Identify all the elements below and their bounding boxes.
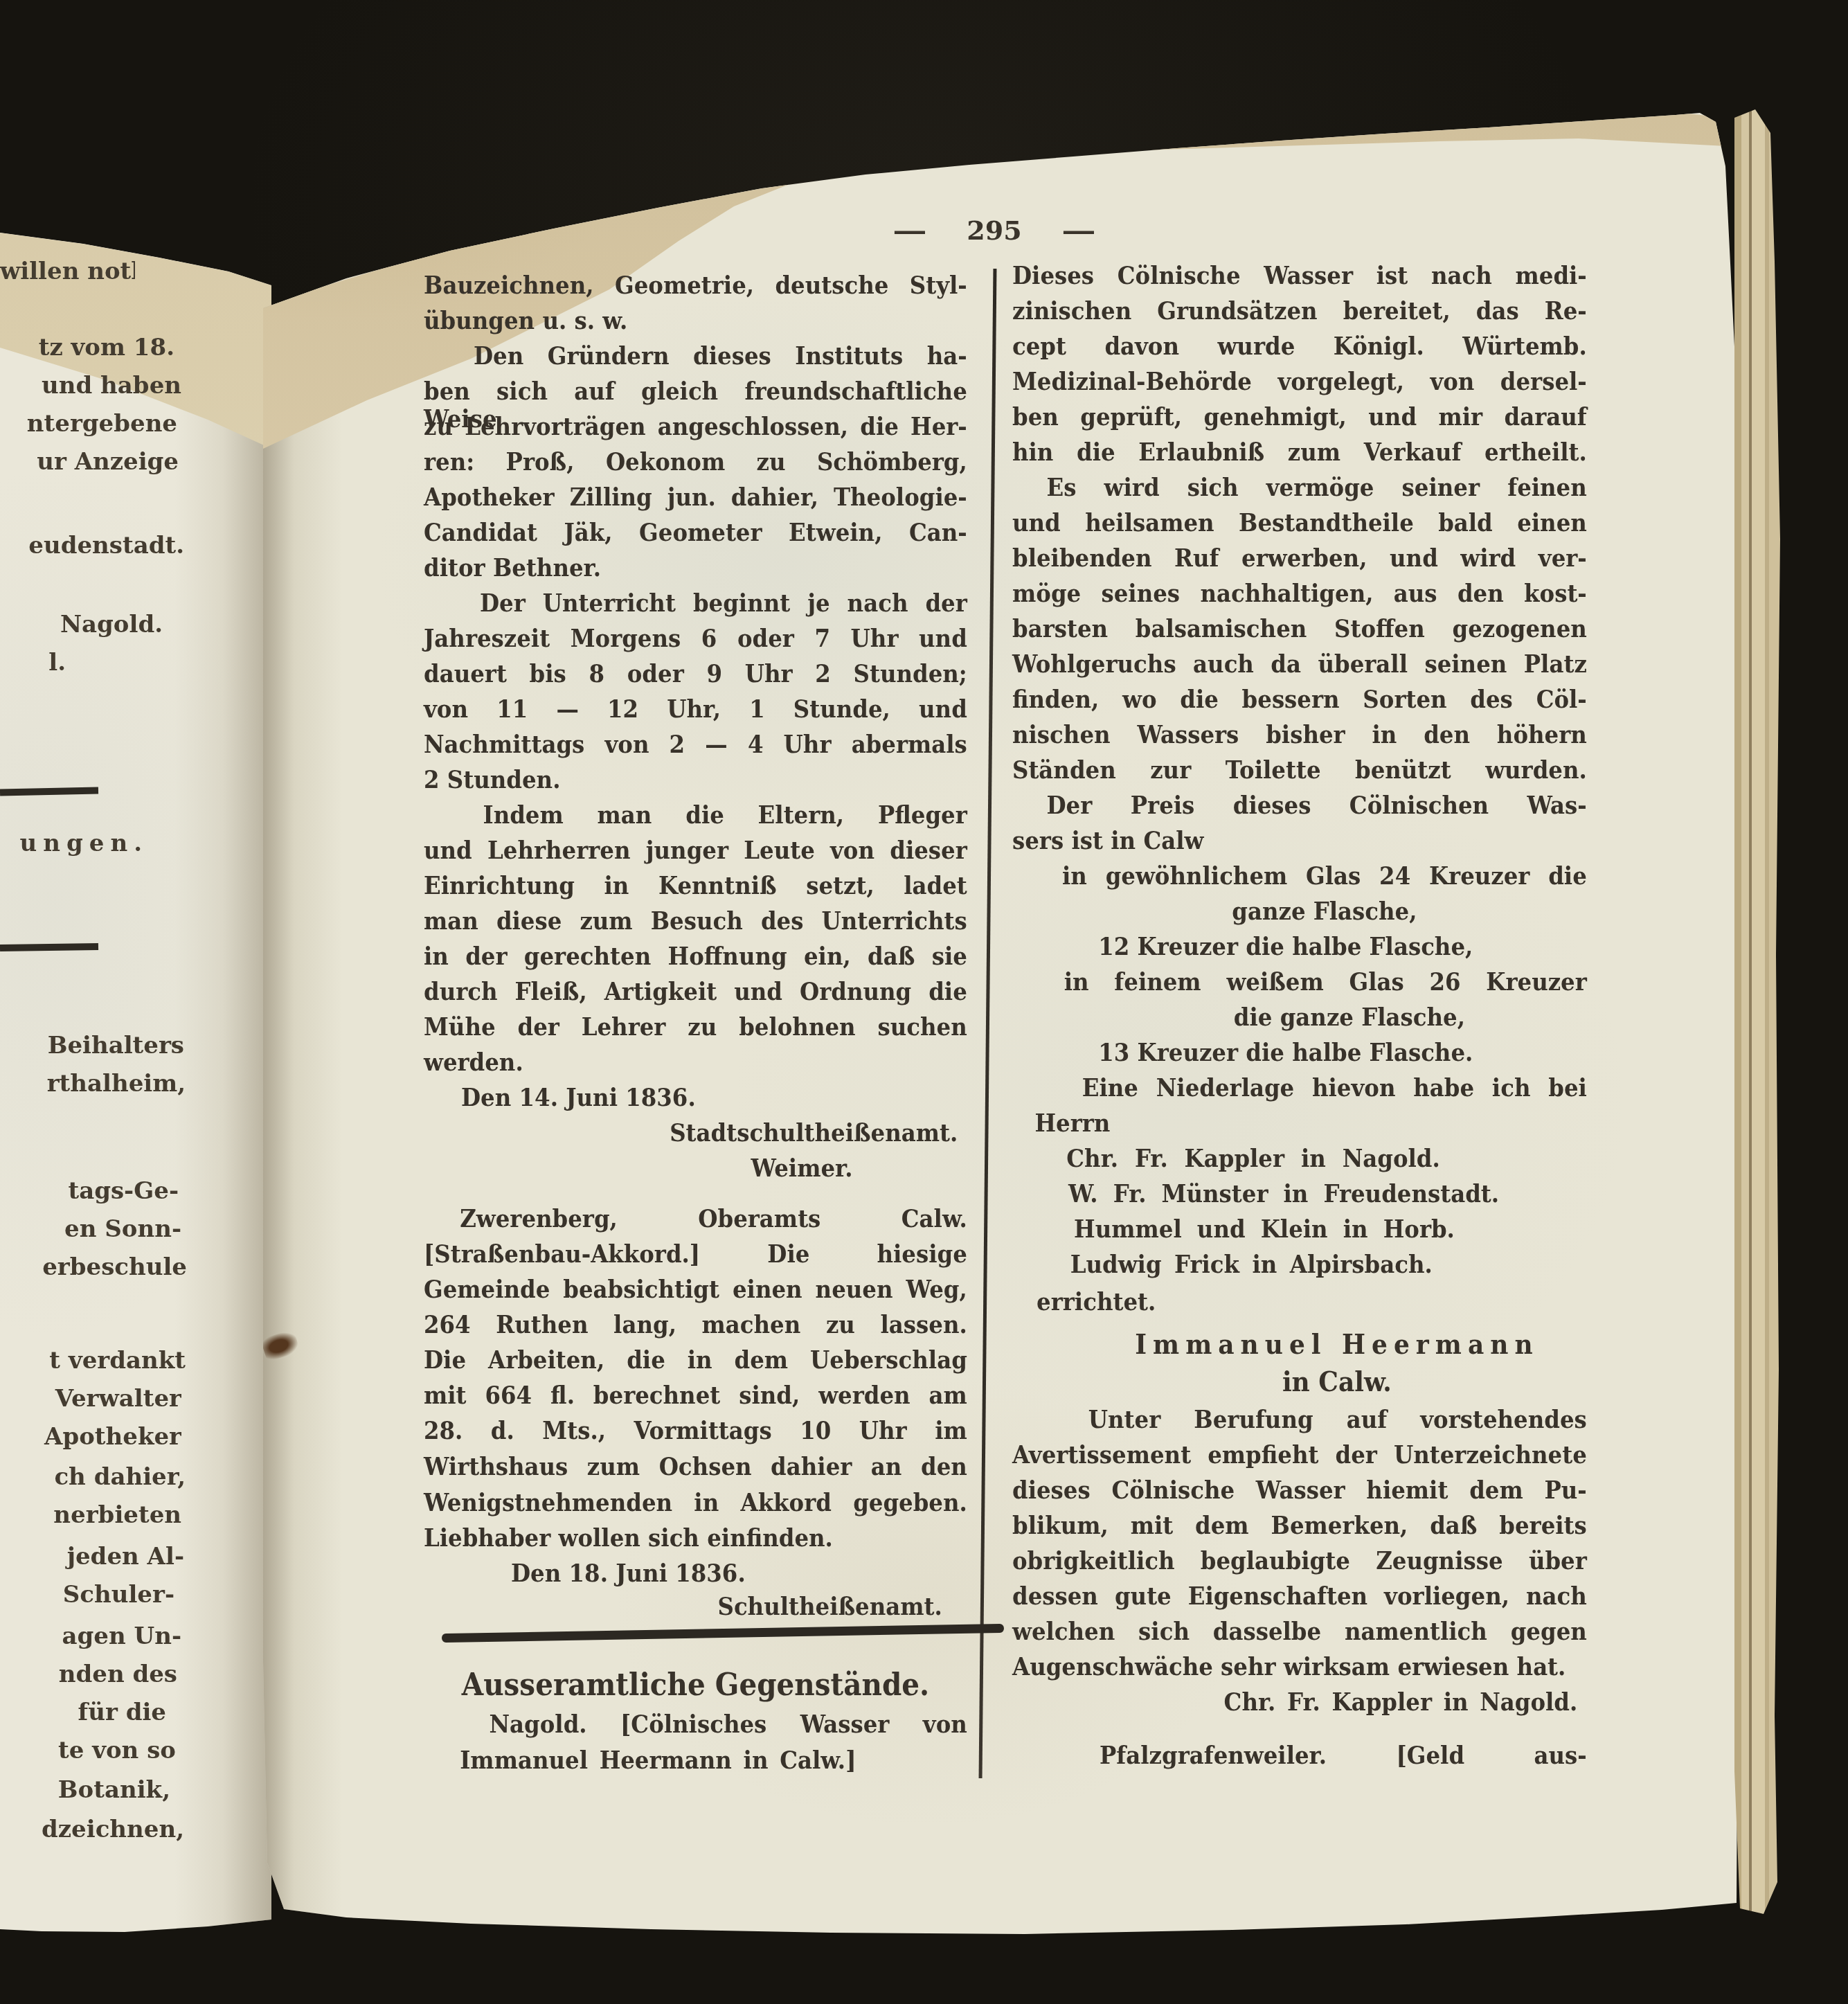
text-line: eudenstadt. — [0, 532, 184, 560]
ink-stain — [260, 1329, 300, 1362]
text-line: ungen. — [0, 830, 148, 857]
text-line: Botanik, — [0, 1776, 170, 1804]
text-line: Gemeinde beabsichtigt einen neuen Weg, — [424, 1276, 967, 1303]
text-line: hin die Erlaubniß zum Verkauf ertheilt. — [1012, 438, 1587, 466]
text-line: 13 Kreuzer die halbe Flasche. — [1012, 1039, 1587, 1066]
text-line: blikum, mit dem Bemerken, daß bereits — [1012, 1512, 1587, 1539]
text-line: sers ist in Calw — [1012, 827, 1587, 855]
text-line: Augenschwäche sehr wirksam erwiesen hat. — [1012, 1653, 1587, 1681]
text-line: 2 Stunden. — [424, 766, 967, 794]
page-fore-edges — [1734, 109, 1783, 1920]
text-line: tags-Ge- — [0, 1177, 179, 1205]
text-line: für die — [0, 1699, 166, 1726]
text-line: Unter Berufung auf vorstehendes — [1012, 1406, 1587, 1433]
text-line: und haben — [0, 372, 181, 400]
text-line: und Lehrherren junger Leute von dieser — [424, 837, 967, 864]
text-line: Nagold. — [0, 611, 163, 638]
text-line: ditor Bethner. — [424, 554, 967, 582]
text-line: Avertissement empfieht der Unterzeichnet… — [1012, 1441, 1587, 1469]
text-line: Es wird sich vermöge seiner feinen — [1012, 474, 1587, 501]
text-line: en Sonn- — [0, 1215, 181, 1243]
text-line: l. — [0, 649, 66, 677]
text-line: dauert bis 8 oder 9 Uhr 2 Stunden; — [424, 660, 967, 688]
text-line: Herrn — [1012, 1109, 1587, 1137]
text-line: finden, wo die bessern Sorten des Cöl- — [1012, 686, 1587, 713]
text-line: Ausseramtliche Gegenstände. — [424, 1667, 967, 1702]
text-line: in der gerechten Hoffnung ein, daß sie — [424, 942, 967, 970]
text-line: Wenigstnehmenden in Akkord gegeben. — [424, 1489, 967, 1517]
text-line: in gewöhnlichem Glas 24 Kreuzer die — [1012, 862, 1587, 890]
text-line: [Straßenbau-Akkord.] Die hiesige — [424, 1240, 967, 1268]
text-line: agen Un- — [0, 1622, 181, 1650]
text-line: Dieses Cölnische Wasser ist nach medi- — [1012, 262, 1587, 289]
text-line: ren: Proß, Oekonom zu Schömberg, — [424, 448, 967, 476]
text-line: nerbieten — [0, 1501, 181, 1529]
text-line: Den 18. Juni 1836. — [424, 1559, 967, 1587]
text-line: Immanuel Heermann in Calw.] — [424, 1746, 967, 1774]
text-line: te von so — [0, 1737, 176, 1764]
previous-page-edge: willen noth-tz vom 18.und habenntergeben… — [0, 0, 271, 2004]
text-line: Wirthshaus zum Ochsen dahier an den — [424, 1453, 967, 1480]
text-line: Apotheker Zilling jun. dahier, Theologie… — [424, 483, 967, 511]
text-line: Der Preis dieses Cölnischen Was- — [1012, 791, 1587, 819]
text-line: von 11 — 12 Uhr, 1 Stunde, und — [424, 695, 967, 723]
text-line: t verdankt — [0, 1347, 186, 1375]
text-line: Die Arbeiten, die in dem Ueberschlag — [424, 1346, 967, 1374]
text-line: jeden Al- — [0, 1543, 184, 1571]
text-line: Medizinal-Behörde vorgelegt, von dersel- — [1012, 368, 1587, 395]
right-text-column: Dieses Cölnische Wasser ist nach medi-zi… — [1012, 0, 1587, 2004]
text-line: Hummel und Klein in Horb. — [1012, 1215, 1587, 1243]
text-line: nden des — [0, 1661, 177, 1688]
text-line: cept davon wurde Königl. Würtemb. — [1012, 332, 1587, 360]
text-line: Immanuel Heermann — [1012, 1330, 1587, 1361]
text-line: Der Unterricht beginnt je nach der — [424, 589, 967, 617]
text-line: zinischen Grundsätzen bereitet, das Re- — [1012, 297, 1587, 325]
text-line: Jahreszeit Morgens 6 oder 7 Uhr und — [424, 625, 967, 652]
text-line: 28. d. Mts., Vormittags 10 Uhr im — [424, 1417, 967, 1444]
text-line: Den 14. Juni 1836. — [424, 1084, 967, 1111]
text-line: Mühe der Lehrer zu belohnen suchen — [424, 1013, 967, 1041]
text-line: Chr. Fr. Kappler in Nagold. — [1012, 1145, 1587, 1172]
text-line: ganze Flasche, — [1012, 897, 1587, 925]
text-line: ben geprüft, genehmigt, und mir darauf — [1012, 403, 1587, 431]
previous-page-text-fragments: willen noth-tz vom 18.und habenntergeben… — [0, 0, 271, 2004]
text-line: Weimer. — [424, 1154, 967, 1182]
text-line: und heilsamen Bestandtheile bald einen — [1012, 509, 1587, 537]
text-line: Ludwig Frick in Alpirsbach. — [1012, 1251, 1587, 1278]
text-line: Nachmittags von 2 — 4 Uhr abermals — [424, 731, 967, 758]
newspaper-page: — 295 — Bauzeichnen, Geometrie, deutsche… — [263, 0, 1741, 2004]
text-line: mit 664 fl. berechnet sind, werden am — [424, 1381, 967, 1409]
text-line: Liebhaber wollen sich einfinden. — [424, 1524, 967, 1552]
text-line: nischen Wassers bisher in den höhern — [1012, 721, 1587, 749]
text-line: bleibenden Ruf erwerben, und wird ver- — [1012, 544, 1587, 572]
text-line: erbeschule — [0, 1253, 187, 1281]
scanner-background: willen noth-tz vom 18.und habenntergeben… — [0, 0, 1848, 2004]
text-line: möge seines nachhaltigen, aus den kost- — [1012, 580, 1587, 607]
text-line: dzeichnen, — [0, 1816, 184, 1843]
text-line: ur Anzeige — [0, 448, 179, 476]
text-line: barsten balsamischen Stoffen gezogenen — [1012, 615, 1587, 643]
text-line: zu Lehrvorträgen angeschlossen, die Her- — [424, 413, 967, 440]
text-line: die ganze Flasche, — [1012, 1003, 1587, 1031]
text-line: Schuler- — [0, 1581, 174, 1609]
text-line: welchen sich dasselbe namentlich gegen — [1012, 1618, 1587, 1645]
text-line: man diese zum Besuch des Unterrichts — [424, 907, 967, 935]
text-line: 12 Kreuzer die halbe Flasche, — [1012, 933, 1587, 960]
text-line: Chr. Fr. Kappler in Nagold. — [1012, 1688, 1587, 1716]
text-line: Zwerenberg, Oberamts Calw. — [424, 1205, 967, 1233]
text-line: Beihalters — [0, 1032, 184, 1059]
text-line: Apotheker — [0, 1423, 181, 1451]
text-line: rthalheim, — [0, 1070, 186, 1098]
text-line: W. Fr. Münster in Freudenstadt. — [1012, 1180, 1587, 1208]
text-line: Eine Niederlage hievon habe ich bei — [1012, 1074, 1587, 1102]
text-line: Einrichtung in Kenntniß setzt, ladet — [424, 872, 967, 900]
text-line: Nagold. [Cölnisches Wasser von — [424, 1710, 967, 1738]
text-line: ch dahier, — [0, 1463, 186, 1491]
left-text-column: Bauzeichnen, Geometrie, deutsche Styl-üb… — [424, 0, 967, 2004]
text-line: 264 Ruthen lang, machen zu lassen. — [424, 1311, 967, 1339]
text-line: tz vom 18. — [0, 334, 174, 361]
text-line: Pfalzgrafenweiler. [Geld aus- — [1012, 1742, 1587, 1769]
text-line: Stadtschultheißenamt. — [424, 1119, 967, 1147]
text-line: Wohlgeruchs auch da überall seinen Platz — [1012, 650, 1587, 678]
text-line: Schultheißenamt. — [424, 1593, 967, 1620]
text-line: übungen u. s. w. — [424, 307, 967, 334]
text-line: in Calw. — [1012, 1367, 1587, 1398]
text-line: willen noth- — [0, 258, 135, 285]
text-line: in feinem weißem Glas 26 Kreuzer — [1012, 968, 1587, 996]
text-line: Den Gründern dieses Instituts ha- — [424, 342, 967, 370]
text-line: dessen gute Eigenschaften vorliegen, nac… — [1012, 1582, 1587, 1610]
column-divider-rule — [979, 269, 997, 1778]
text-line: Verwalter — [0, 1385, 181, 1413]
text-line: dieses Cölnische Wasser hiemit dem Pu- — [1012, 1476, 1587, 1504]
text-line: Bauzeichnen, Geometrie, deutsche Styl- — [424, 271, 967, 299]
text-line: ntergebene — [0, 410, 177, 438]
text-line: durch Fleiß, Artigkeit und Ordnung die — [424, 978, 967, 1005]
text-line: Ständen zur Toilette benützt wurden. — [1012, 756, 1587, 784]
text-line: obrigkeitlich beglaubigte Zeugnisse über — [1012, 1547, 1587, 1575]
text-line: werden. — [424, 1048, 967, 1076]
text-line: Candidat Jäk, Geometer Etwein, Can- — [424, 519, 967, 546]
text-line: Indem man die Eltern, Pfleger — [424, 801, 967, 829]
text-line: errichtet. — [1012, 1288, 1587, 1316]
